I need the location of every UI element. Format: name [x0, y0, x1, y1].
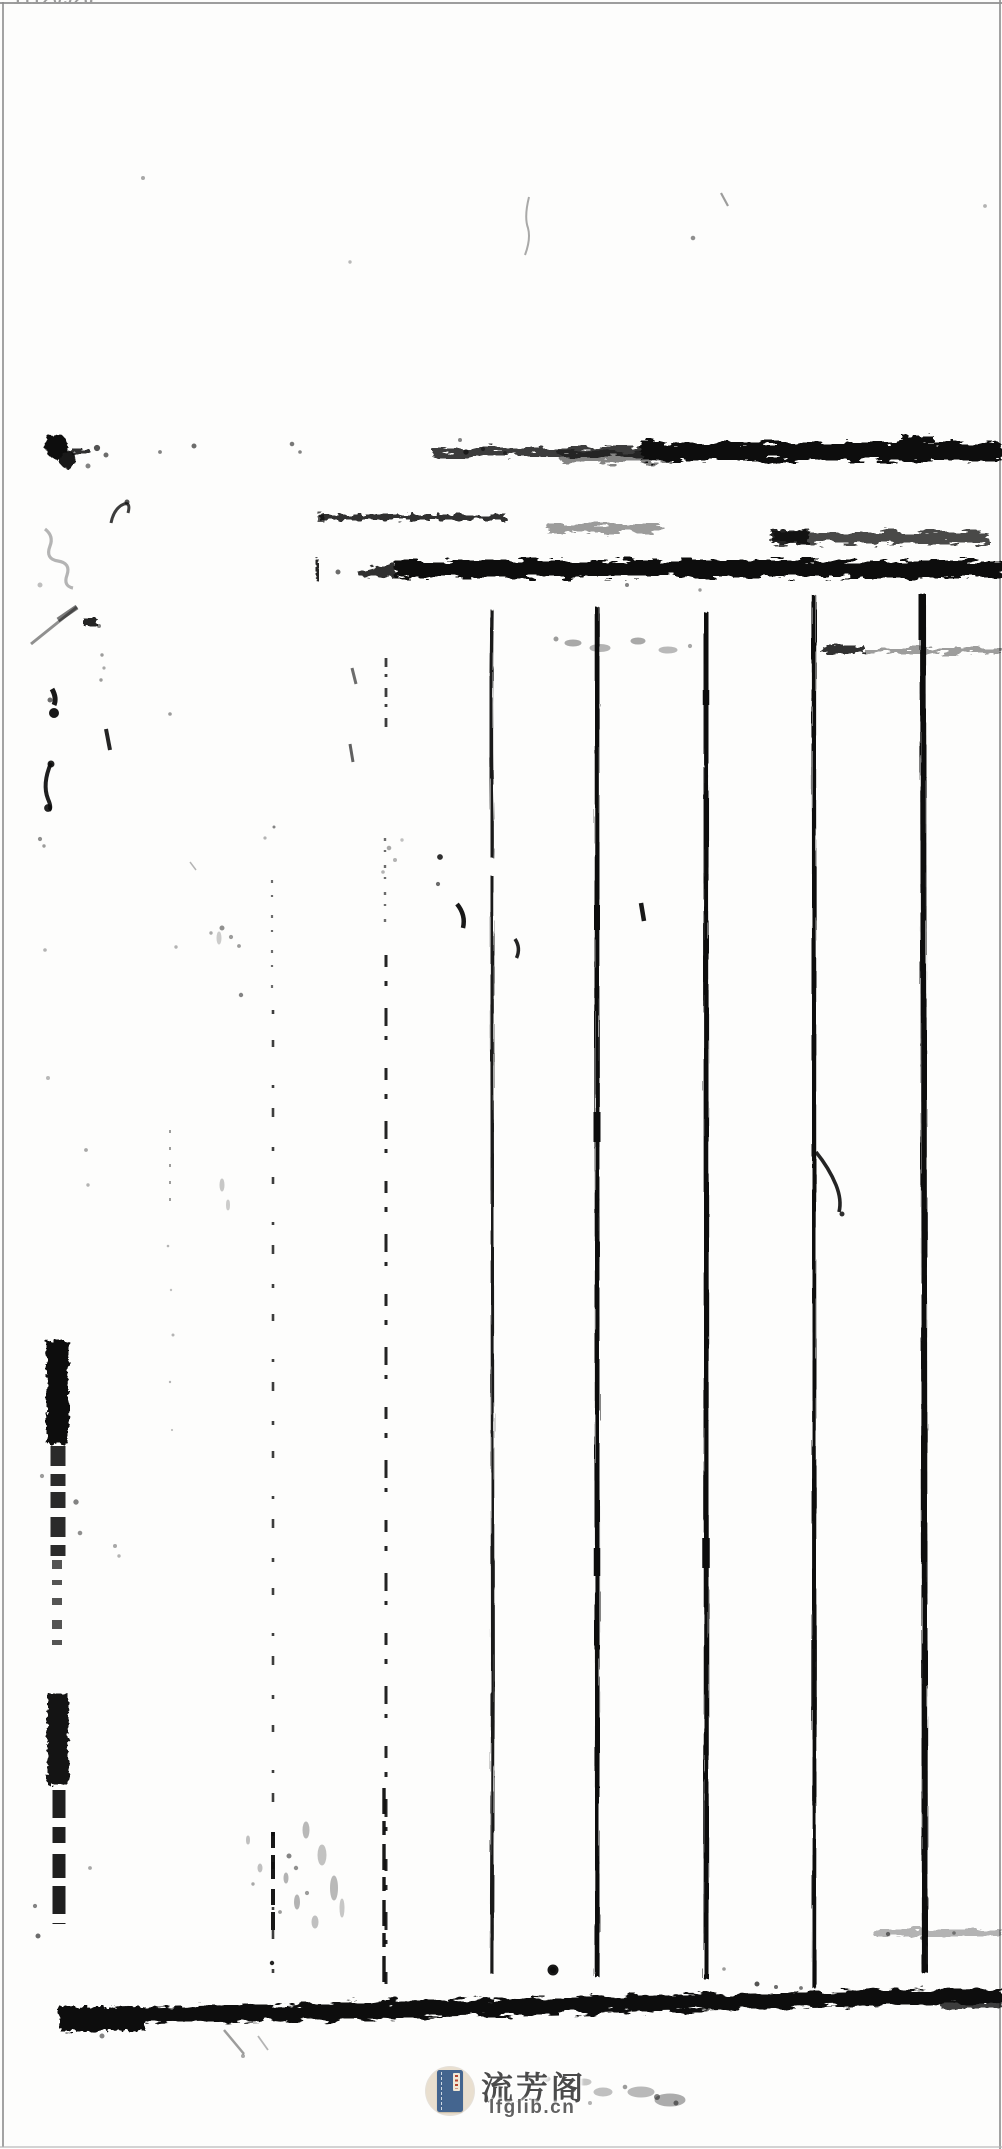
scanned-book-page: 11120928 [0, 0, 1002, 2149]
scan-ink-artwork [0, 0, 1002, 2149]
left-edge-smudges [31, 434, 129, 1938]
horizontal-streak [554, 637, 1002, 653]
top-ink-bands [159, 436, 1002, 591]
ink-layer [31, 177, 1002, 2107]
scan-number: 11120928 [13, 0, 94, 9]
column-rules [167, 594, 926, 1992]
watermark-area-smudge [540, 2077, 685, 2107]
bottom-ink-bar [60, 1988, 1002, 2058]
